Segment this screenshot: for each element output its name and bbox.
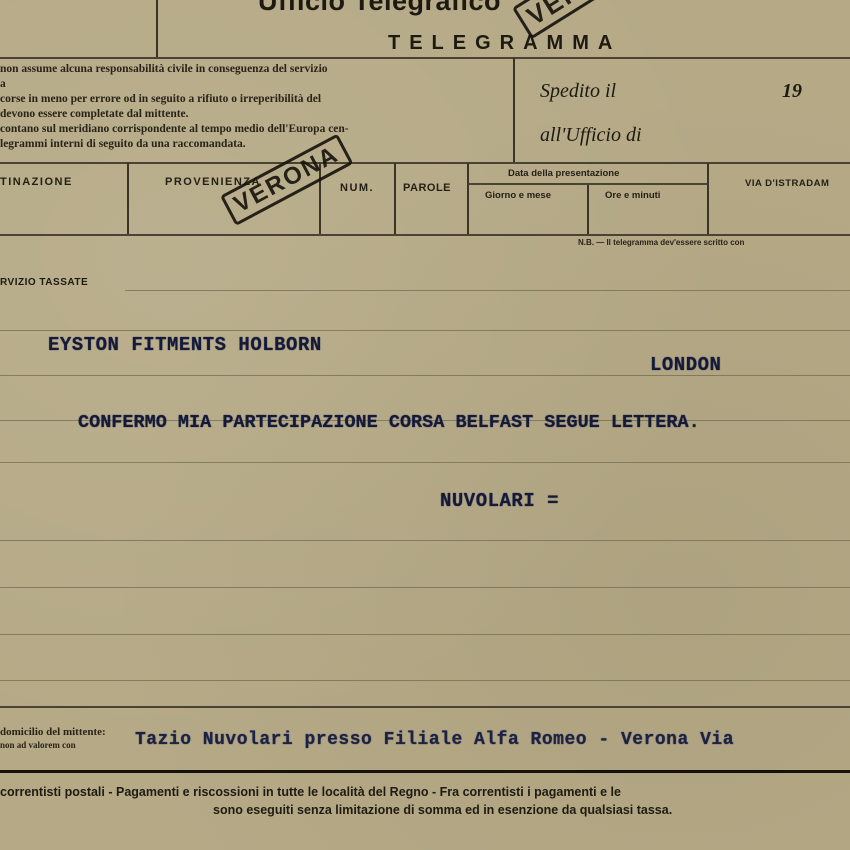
disclaimer-line: legrammi interni di seguito da una racco… (0, 137, 500, 152)
column-divider (394, 163, 396, 235)
disclaimer-line: corse in meno per errore od in seguito a… (0, 92, 500, 107)
column-destination: TINAZIONE (0, 176, 73, 188)
writing-line (0, 375, 850, 376)
subheader-rule (468, 183, 708, 185)
column-divider (467, 163, 469, 235)
writing-line (125, 290, 850, 291)
disclaimer-text: non assume alcuna responsabilità civile … (0, 62, 500, 152)
column-presentation-date: Data della presentazione (508, 168, 619, 179)
disclaimer-line: a (0, 77, 500, 92)
disclaimer-line: contano sul meridiano corrispondente al … (0, 122, 500, 137)
year-prefix: 19 (782, 80, 802, 103)
sent-on-label: Spedito il (540, 80, 616, 103)
addressee-line: EYSTON FITMENTS HOLBORN (48, 334, 322, 356)
writing-line (0, 540, 850, 541)
rule-line (0, 770, 850, 773)
footer-line-1: correntisti postali - Pagamenti e riscos… (0, 785, 621, 799)
rule-line (0, 234, 850, 236)
destination-office-label: all'Ufficio di (540, 124, 642, 147)
rule-line (0, 57, 850, 59)
sender-address: Tazio Nuvolari presso Filiale Alfa Romeo… (135, 730, 734, 750)
dispatch-divider (513, 58, 515, 163)
writing-line (0, 680, 850, 681)
column-divider (127, 163, 129, 235)
writing-line (0, 462, 850, 463)
writing-line (0, 330, 850, 331)
office-title: Ufficio Telegrafico (258, 0, 501, 17)
writing-line (0, 587, 850, 588)
column-hours-minutes: Ore e minuti (605, 190, 660, 201)
disclaimer-line: devono essere completate dal mittente. (0, 107, 500, 122)
column-words: PAROLE (403, 182, 451, 194)
service-label: RVIZIO TASSATE (0, 277, 88, 288)
column-day-month: Giorno e mese (485, 190, 551, 201)
column-divider (587, 184, 589, 235)
disclaimer-line: non assume alcuna responsabilità civile … (0, 62, 500, 77)
footer-line-2: sono eseguiti senza limitazione di somma… (213, 803, 672, 817)
rule-line (0, 706, 850, 708)
column-routing: VIA D'ISTRADAM (745, 178, 829, 189)
header-divider (156, 0, 158, 58)
sender-label-line: domicilio del mittente: (0, 726, 106, 739)
sender-label: domicilio del mittente: non ad valorem c… (0, 726, 106, 752)
column-number: NUM. (340, 182, 374, 194)
writing-line (0, 634, 850, 635)
destination-city: LONDON (650, 354, 721, 376)
signature: NUVOLARI = (440, 490, 559, 512)
column-divider (707, 163, 709, 235)
form-type-heading: TELEGRAMMA (388, 32, 621, 55)
sender-label-line: non ad valorem con (0, 739, 106, 752)
message-body: CONFERMO MIA PARTECIPAZIONE CORSA BELFAS… (78, 412, 700, 433)
instruction-note: N.B. — Il telegramma dev'essere scritto … (578, 238, 744, 247)
